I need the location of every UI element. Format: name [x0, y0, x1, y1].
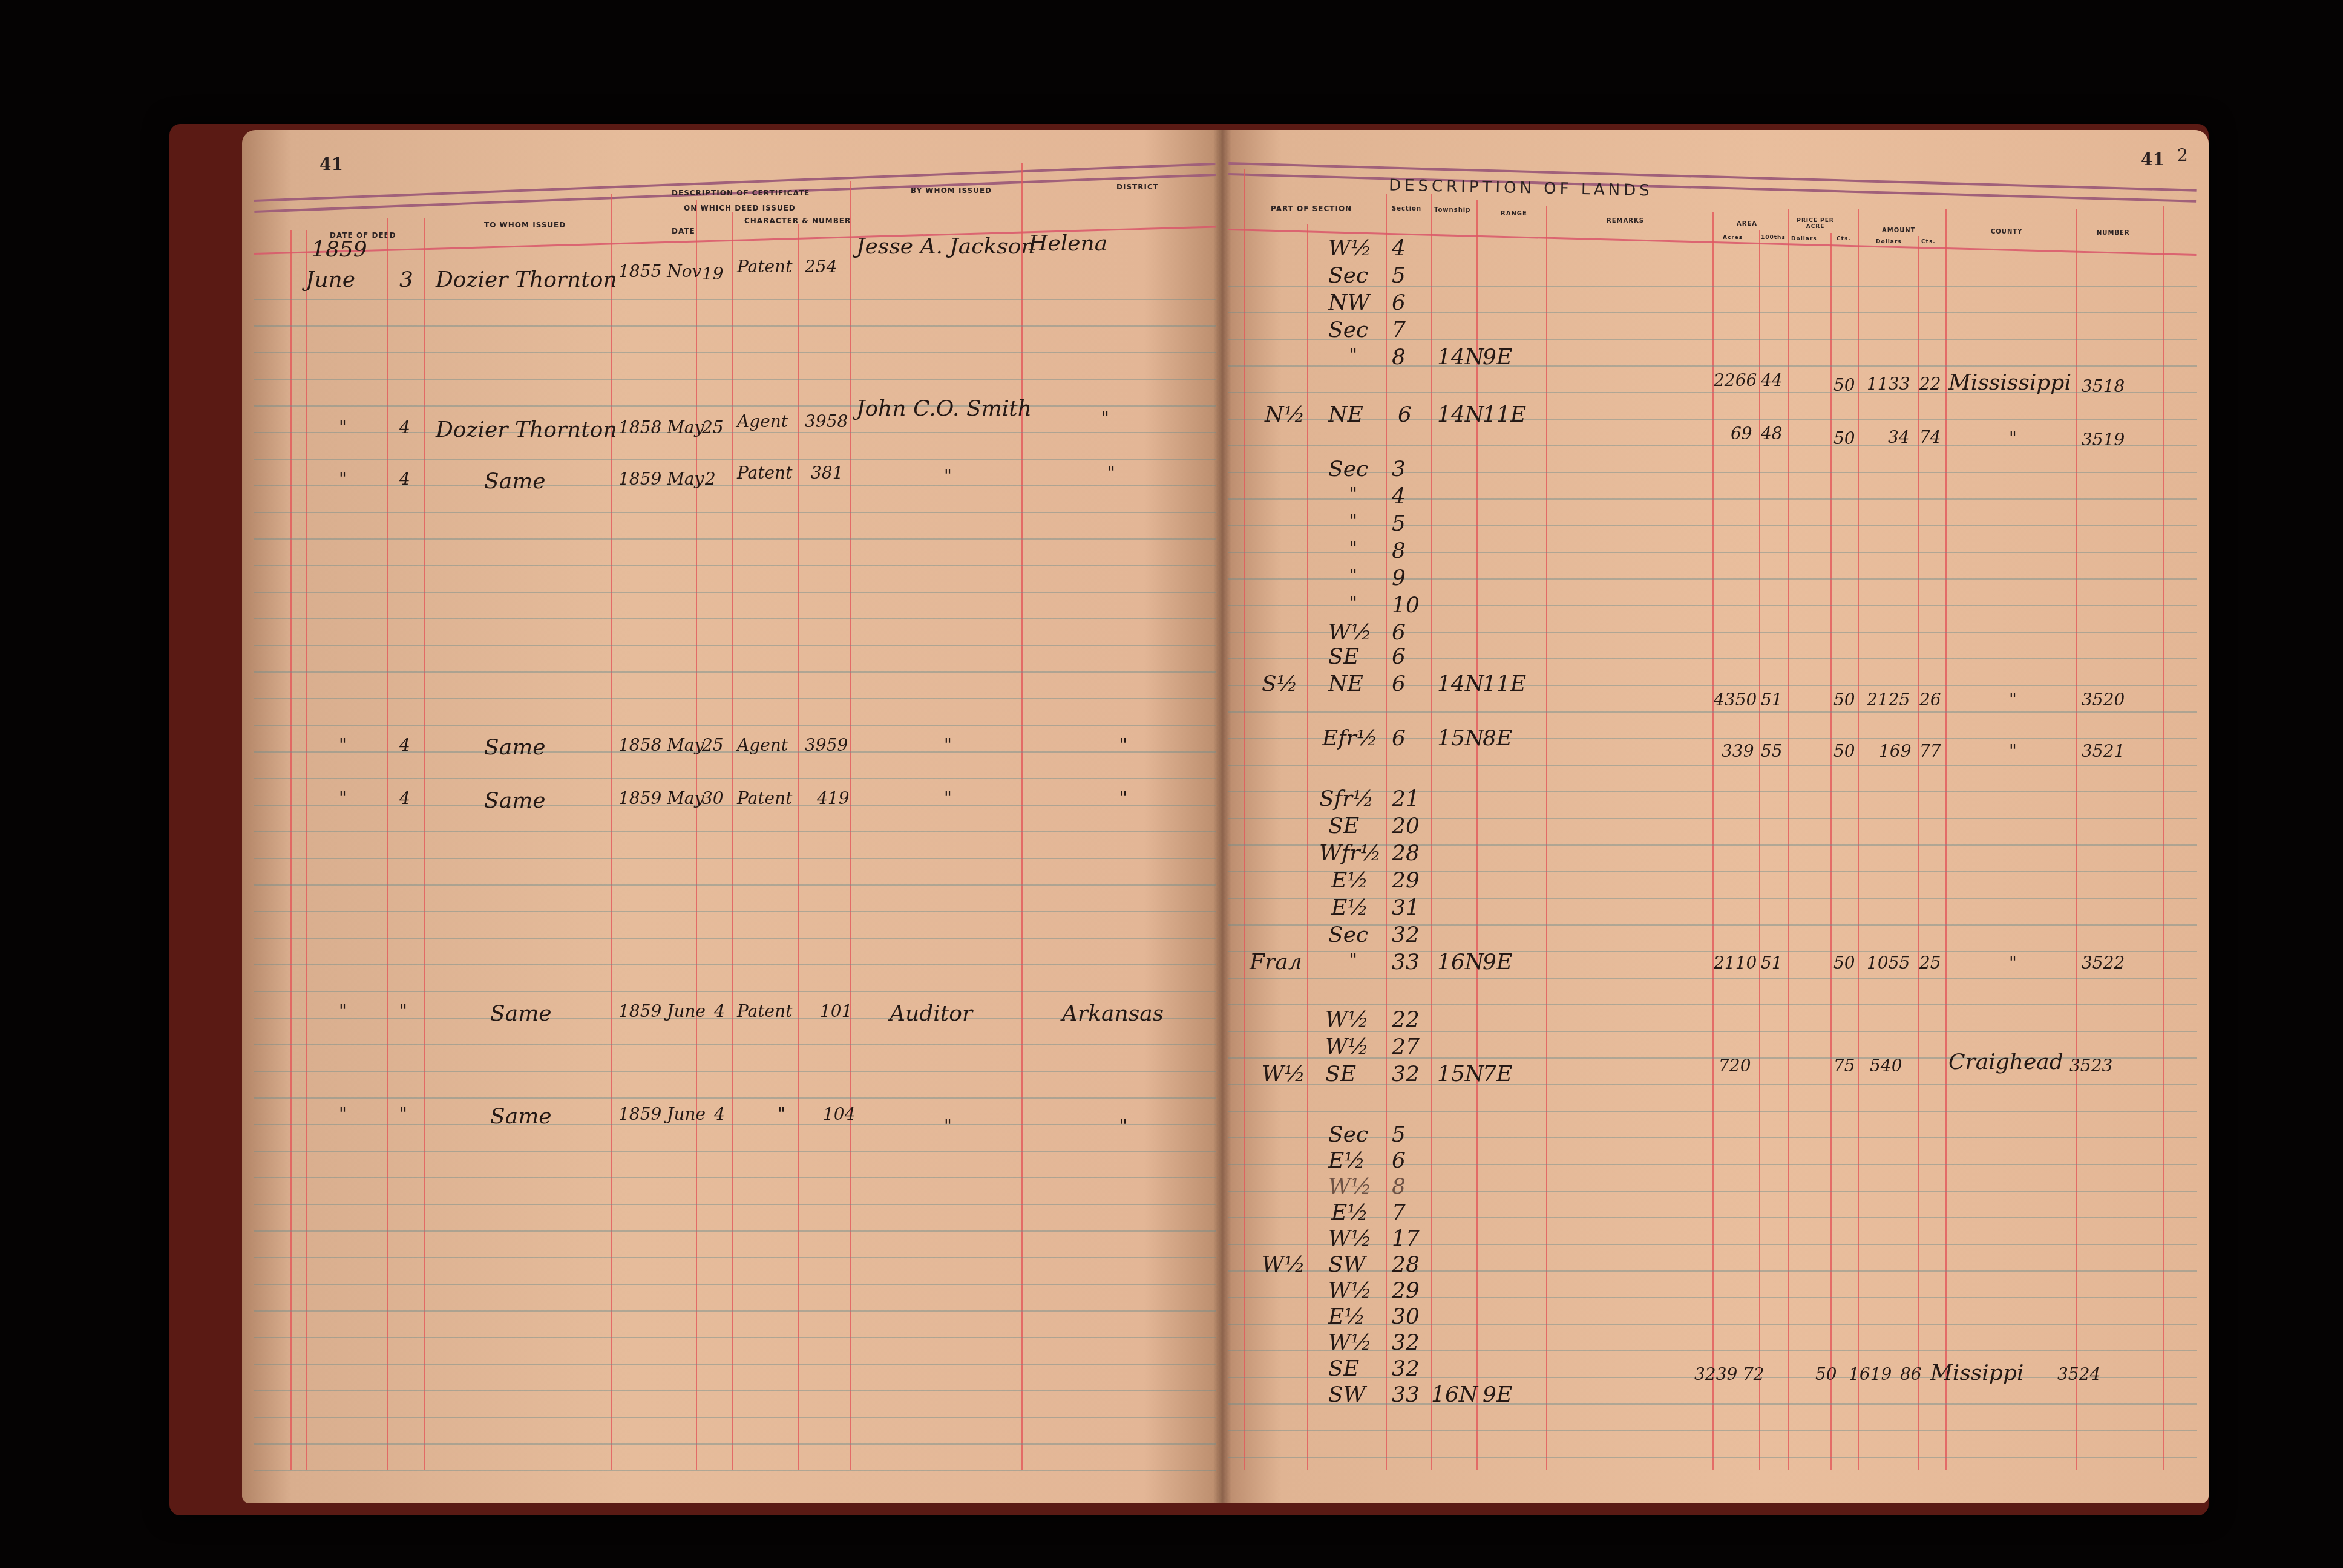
- land-township: 14N: [1437, 671, 1484, 696]
- entry-district: ": [1119, 788, 1127, 808]
- header-price-per-acre: PRICE PER ACRE: [1791, 218, 1840, 230]
- entry-number: 381: [811, 463, 843, 483]
- entry-day: 4: [399, 788, 410, 808]
- total-price-cts: 50: [1833, 375, 1855, 395]
- total-amount-dollars: 2125: [1867, 690, 1910, 710]
- header-district: DISTRICT: [1116, 183, 1159, 191]
- land-section: 6: [1392, 290, 1406, 315]
- land-part: W½: [1328, 620, 1372, 645]
- header-amount-dollars: Dollars: [1876, 239, 1902, 245]
- entry-day: 3: [399, 267, 413, 292]
- total-hundredths: 72: [1743, 1364, 1765, 1384]
- entry-cert-day: 25: [702, 417, 724, 437]
- land-section: 28: [1392, 1252, 1420, 1277]
- entry-to-whom: Same: [484, 788, 546, 813]
- header-remarks: REMARKS: [1607, 218, 1644, 224]
- land-section: 28: [1392, 841, 1420, 866]
- land-part: NW: [1328, 290, 1370, 315]
- land-section: 8: [1392, 345, 1406, 370]
- land-part: W½: [1328, 1330, 1372, 1355]
- land-section: 32: [1392, 923, 1420, 947]
- land-township: 14N: [1437, 345, 1484, 370]
- entry-cert-day: 2: [705, 469, 716, 489]
- land-range: 11E: [1483, 402, 1526, 427]
- land-part: Sec: [1328, 457, 1368, 482]
- total-acres: 720: [1719, 1056, 1751, 1076]
- entry-cert-date: 1859 May: [618, 788, 704, 808]
- header-by-whom-issued: BY WHOM ISSUED: [911, 186, 992, 195]
- land-part: ": [1349, 593, 1357, 613]
- entry-day: ": [399, 1001, 407, 1021]
- total-price-cts: 50: [1833, 953, 1855, 973]
- total-county: Craighead: [1948, 1050, 2063, 1074]
- land-section: 8: [1392, 538, 1406, 563]
- land-section: 31: [1392, 895, 1420, 920]
- total-hundredths: 55: [1761, 741, 1783, 761]
- entry-number: 3958: [805, 411, 848, 431]
- entry-day: 4: [399, 469, 410, 489]
- total-amount-dollars: 34: [1888, 427, 1910, 447]
- land-section: 33: [1392, 1382, 1420, 1407]
- total-hundredths: 44: [1761, 370, 1783, 390]
- header-township: Township: [1434, 207, 1470, 214]
- land-section: 8: [1392, 1174, 1406, 1199]
- total-number: 3521: [2082, 741, 2125, 761]
- entry-month: ": [339, 1001, 347, 1021]
- total-amount-dollars: 540: [1870, 1056, 1902, 1076]
- land-section: 32: [1392, 1356, 1420, 1381]
- land-part: ": [1349, 950, 1357, 970]
- land-part: SE: [1328, 644, 1359, 669]
- entry-character: ": [778, 1104, 785, 1124]
- entry-number: 254: [805, 256, 837, 276]
- total-acres: 3239: [1694, 1364, 1737, 1384]
- land-part: W½: [1328, 236, 1372, 261]
- entry-cert-date: 1859 June: [618, 1001, 706, 1021]
- land-part: Sec: [1328, 318, 1368, 342]
- entry-by-whom: John C.O. Smith: [856, 396, 1032, 421]
- land-township: 14N: [1437, 402, 1484, 427]
- header-price-dollars: Dollars: [1791, 236, 1817, 242]
- land-part: Wfr½: [1319, 841, 1381, 866]
- header-certificate-group: DESCRIPTION OF CERTIFICATE: [672, 189, 810, 197]
- header-range: RANGE: [1501, 211, 1527, 217]
- total-acres: 2110: [1714, 953, 1757, 973]
- land-section: 5: [1392, 263, 1406, 288]
- land-range: 9E: [1483, 1382, 1512, 1407]
- land-part: ": [1349, 538, 1357, 558]
- entry-character: Agent: [737, 735, 788, 755]
- entry-district: ": [1119, 735, 1127, 755]
- land-prefix: N½: [1265, 402, 1305, 427]
- land-section: 32: [1392, 1062, 1420, 1086]
- land-part: SE: [1328, 814, 1359, 838]
- entry-month: ": [339, 469, 347, 489]
- total-price-cts: 75: [1833, 1056, 1855, 1076]
- land-section: 29: [1392, 868, 1420, 893]
- land-part: Sec: [1328, 923, 1368, 947]
- entry-to-whom: Dozier Thornton: [436, 267, 617, 292]
- total-amount-cts: 22: [1919, 374, 1941, 394]
- entry-district: ": [1119, 1116, 1127, 1136]
- entry-month: ": [339, 417, 347, 437]
- header-number: NUMBER: [2097, 230, 2130, 237]
- header-part-of-section: PART OF SECTION: [1271, 204, 1352, 213]
- land-section: 5: [1392, 511, 1406, 536]
- header-acres: Acres: [1723, 235, 1743, 241]
- land-prefix: Frал: [1250, 950, 1302, 975]
- entry-by-whom: ": [944, 788, 952, 808]
- header-cert-date: DATE: [672, 227, 695, 235]
- total-number: 3519: [2082, 430, 2125, 449]
- land-section: 6: [1398, 402, 1412, 427]
- entry-character: Patent: [737, 463, 792, 483]
- entry-district: ": [1107, 463, 1115, 483]
- land-section: 6: [1392, 1148, 1406, 1173]
- total-hundredths: 51: [1761, 690, 1783, 710]
- total-county: ": [2009, 953, 2017, 973]
- land-part: W½: [1328, 1278, 1372, 1303]
- total-amount-cts: 86: [1900, 1364, 1922, 1384]
- land-section: 29: [1392, 1278, 1420, 1303]
- land-section: 10: [1392, 593, 1420, 618]
- land-section: 32: [1392, 1330, 1420, 1355]
- entry-cert-day: 4: [714, 1104, 725, 1124]
- land-part: W½: [1328, 1226, 1372, 1251]
- total-amount-dollars: 1133: [1867, 374, 1910, 394]
- entry-day: 4: [399, 417, 410, 437]
- total-hundredths: 48: [1761, 423, 1783, 443]
- entry-month: ": [339, 788, 347, 808]
- land-prefix: S½: [1262, 671, 1298, 696]
- total-amount-cts: 77: [1919, 741, 1941, 761]
- land-section: 21: [1392, 786, 1420, 811]
- total-amount-dollars: 1619: [1849, 1364, 1892, 1384]
- entry-character: Patent: [737, 788, 792, 808]
- entry-by-whom: Jesse A. Jackson: [856, 234, 1035, 259]
- entry-to-whom: Same: [490, 1001, 552, 1026]
- land-section: 22: [1392, 1007, 1420, 1032]
- land-range: 9E: [1483, 950, 1512, 975]
- entry-character: Agent: [737, 411, 788, 431]
- entry-character: Patent: [737, 256, 792, 276]
- land-section: 6: [1392, 726, 1406, 751]
- total-county: ": [2009, 428, 2017, 448]
- year-label: 1859: [312, 237, 367, 262]
- land-township: 16N: [1431, 1382, 1478, 1407]
- total-number: 3518: [2082, 376, 2125, 396]
- land-part: NE: [1328, 402, 1363, 427]
- land-section: 5: [1392, 1122, 1406, 1147]
- entry-number: 419: [817, 788, 849, 808]
- header-county: COUNTY: [1991, 229, 2022, 235]
- entry-by-whom: ": [944, 466, 952, 486]
- header-amount-cts: Cts.: [1921, 239, 1936, 245]
- total-amount-cts: 74: [1919, 427, 1941, 447]
- entry-by-whom: ": [944, 735, 952, 755]
- land-range: 8E: [1483, 726, 1512, 751]
- total-hundredths: 51: [1761, 953, 1783, 973]
- land-township: 16N: [1437, 950, 1484, 975]
- entry-number: 101: [820, 1001, 852, 1021]
- entry-number: 3959: [805, 735, 848, 755]
- entry-district: Helena: [1029, 231, 1107, 256]
- total-acres: 4350: [1714, 690, 1757, 710]
- land-section: 27: [1392, 1034, 1420, 1059]
- total-amount-dollars: 169: [1879, 741, 1911, 761]
- header-to-whom-issued: TO WHOM ISSUED: [484, 221, 566, 229]
- land-section: 33: [1392, 950, 1420, 975]
- entry-to-whom: Dozier Thornton: [436, 417, 617, 442]
- header-amount: AMOUNT: [1882, 227, 1916, 234]
- land-part: SE: [1328, 1356, 1359, 1381]
- total-county: ": [2009, 690, 2017, 710]
- total-number: 3524: [2057, 1364, 2100, 1384]
- land-section: 9: [1392, 566, 1406, 590]
- entry-by-whom: Auditor: [890, 1001, 972, 1026]
- total-number: 3520: [2082, 690, 2125, 710]
- land-part: Sec: [1328, 263, 1368, 288]
- entry-character: Patent: [737, 1001, 792, 1021]
- total-price-cts: 50: [1833, 428, 1855, 448]
- land-part: ": [1349, 484, 1357, 504]
- entry-cert-date: 1859 May: [618, 469, 704, 489]
- entry-number: 104: [823, 1104, 855, 1124]
- header-hundredths: 100ths: [1761, 235, 1786, 241]
- total-acres: 2266: [1714, 370, 1757, 390]
- land-part: SE: [1325, 1062, 1356, 1086]
- land-part: SW: [1328, 1382, 1366, 1407]
- total-amount-dollars: 1055: [1867, 953, 1910, 973]
- total-acres: 69: [1731, 423, 1752, 443]
- entry-cert-day: 25: [702, 735, 724, 755]
- total-amount-cts: 26: [1919, 690, 1941, 710]
- land-part: E½: [1328, 1304, 1365, 1329]
- entry-day: ": [399, 1104, 407, 1124]
- land-township: 15N: [1437, 1062, 1484, 1086]
- entry-month: ": [339, 735, 347, 755]
- total-price-cts: 50: [1833, 690, 1855, 710]
- total-acres: 339: [1722, 741, 1754, 761]
- header-price-cts: Cts.: [1837, 236, 1851, 242]
- land-part: W½: [1328, 1174, 1372, 1199]
- land-section: 3: [1392, 457, 1406, 482]
- entry-district: Arkansas: [1062, 1001, 1164, 1026]
- land-part: E½: [1331, 1200, 1368, 1225]
- entry-cert-day: 19: [702, 264, 724, 284]
- land-part: Sec: [1328, 1122, 1368, 1147]
- land-section: 6: [1392, 620, 1406, 645]
- land-part: Sfr½: [1319, 786, 1374, 811]
- land-section: 20: [1392, 814, 1420, 838]
- total-county: Mississippi: [1948, 370, 2071, 395]
- entry-day: 4: [399, 735, 410, 755]
- right-page-number: 41: [2141, 149, 2164, 169]
- total-amount-cts: 25: [1919, 953, 1941, 973]
- entry-month: ": [339, 1104, 347, 1124]
- land-section: 30: [1392, 1304, 1420, 1329]
- entry-to-whom: Same: [484, 469, 546, 494]
- entry-cert-date: 1858 May: [618, 735, 704, 755]
- land-part: Efr½: [1322, 726, 1378, 751]
- header-area: AREA: [1737, 221, 1757, 227]
- land-part: NE: [1328, 671, 1363, 696]
- land-part: SW: [1328, 1252, 1366, 1277]
- header-section: Section: [1392, 206, 1421, 212]
- total-price-cts: 50: [1815, 1364, 1837, 1384]
- entry-cert-day: 30: [702, 788, 724, 808]
- land-part: E½: [1331, 895, 1368, 920]
- land-section: 6: [1392, 671, 1406, 696]
- entry-cert-day: 4: [714, 1001, 725, 1021]
- total-price-cts: 50: [1833, 741, 1855, 761]
- land-range: 7E: [1483, 1062, 1512, 1086]
- entry-cert-date: 1855 Nov: [618, 261, 701, 281]
- entry-district: ": [1101, 408, 1109, 428]
- land-part: ": [1349, 566, 1357, 586]
- land-section: 6: [1392, 644, 1406, 669]
- total-county: ": [2009, 741, 2017, 761]
- land-prefix: W½: [1262, 1252, 1305, 1277]
- total-county: Missippi: [1930, 1361, 2023, 1385]
- entry-to-whom: Same: [484, 735, 546, 760]
- entry-to-whom: Same: [490, 1104, 552, 1129]
- total-number: 3522: [2082, 953, 2125, 973]
- right-page-number-extra: 2: [2177, 145, 2188, 165]
- land-part: ": [1349, 345, 1357, 365]
- land-part: W½: [1325, 1007, 1369, 1032]
- land-section: 7: [1392, 318, 1406, 342]
- total-number: 3523: [2069, 1056, 2112, 1076]
- land-section: 17: [1392, 1226, 1420, 1251]
- land-section: 4: [1392, 236, 1406, 261]
- entry-cert-date: 1858 May: [618, 417, 704, 437]
- land-section: 4: [1392, 484, 1406, 509]
- land-township: 15N: [1437, 726, 1484, 751]
- land-part: E½: [1331, 868, 1368, 893]
- land-prefix: W½: [1262, 1062, 1305, 1086]
- entry-month: June: [306, 267, 355, 292]
- land-part: E½: [1328, 1148, 1365, 1173]
- entry-by-whom: ": [944, 1116, 952, 1136]
- left-page-number: 41: [319, 154, 343, 174]
- land-part: ": [1349, 511, 1357, 531]
- land-part: W½: [1325, 1034, 1369, 1059]
- land-range: 9E: [1483, 345, 1512, 370]
- land-range: 11E: [1483, 671, 1526, 696]
- header-certificate-sub: ON WHICH DEED ISSUED: [684, 204, 796, 212]
- entry-cert-date: 1859 June: [618, 1104, 706, 1124]
- land-section: 7: [1392, 1200, 1406, 1225]
